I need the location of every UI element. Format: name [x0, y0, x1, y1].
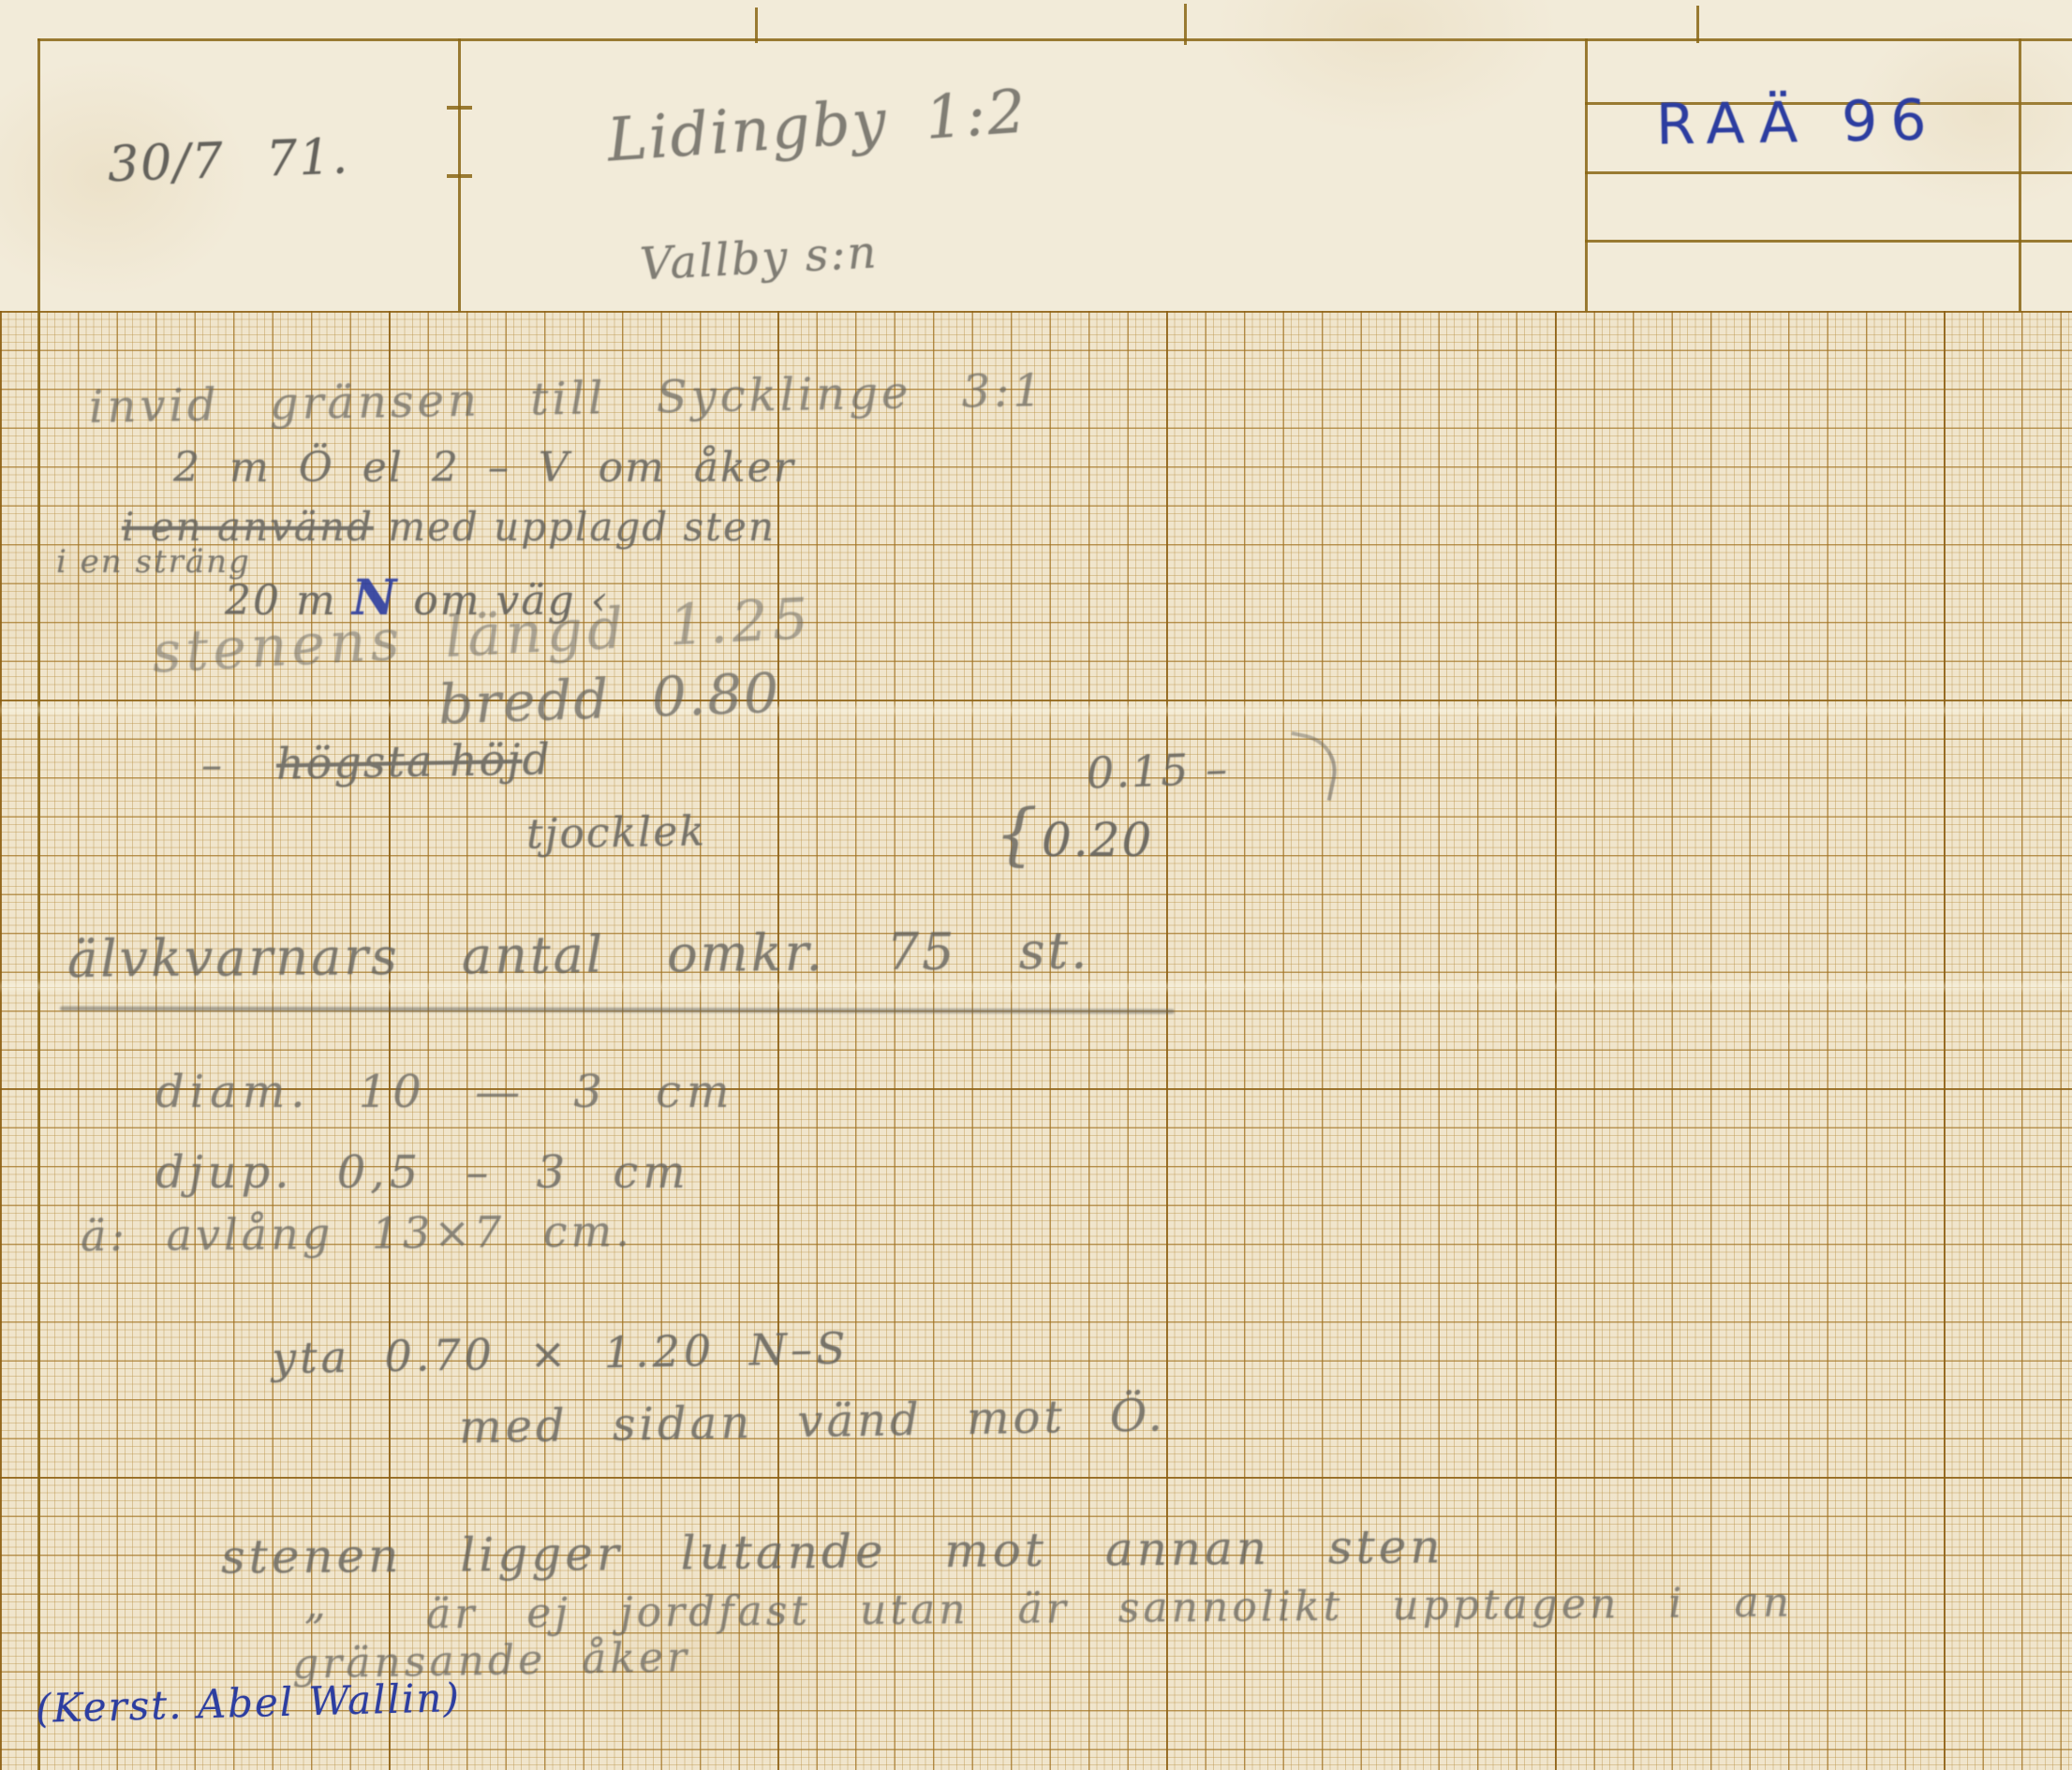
note-surface: yta 0.70 × 1.20 N–S — [272, 1323, 850, 1384]
note-position: 2 m Ö el 2 – V om åker — [173, 444, 795, 492]
date-note: 30/7 71. — [107, 129, 350, 194]
note-thickness-label: tjocklek — [526, 807, 707, 858]
note-depth: djup. 0,5 – 3 cm — [155, 1146, 690, 1199]
thickness-value: 0.20 — [1042, 813, 1153, 867]
label-box-row-line — [1585, 240, 2072, 243]
piled-stone-text: med upplagd sten — [374, 504, 776, 550]
note-cupmark-count: älvkvarnars antal omkr. 75 st. — [67, 921, 1090, 989]
parish-name: Vallby s:n — [639, 226, 880, 290]
height-value: 0.15 – — [1086, 743, 1230, 798]
site-title: Lidingby 1:2 — [605, 77, 1029, 175]
label-box-right-border — [2019, 38, 2021, 312]
label-box-left-border — [1585, 38, 1588, 312]
note-stone-position1: stenen ligger lutande mot annan sten — [221, 1519, 1444, 1584]
thickness-brace: { — [995, 794, 1040, 873]
divider-tick — [447, 106, 472, 110]
paper-crease — [0, 707, 2072, 714]
raa-number: RAÄ 96 — [1655, 87, 1940, 157]
height-dash: – — [201, 742, 224, 789]
height-label-rest: d — [522, 733, 552, 785]
note-oblong: ä: avlång 13×7 cm. — [81, 1205, 633, 1261]
note-height-label: högsta höjd — [276, 733, 553, 789]
scanned-field-note-page: 30/7 71. Lidingby 1:2 Vallby s:n RAÄ 96 … — [0, 0, 2072, 1770]
note-in-a-row: i en sträng — [56, 543, 251, 581]
form-left-border — [37, 38, 40, 1770]
form-top-rule — [37, 38, 2072, 41]
label-box-row-line — [1585, 171, 2072, 174]
top-tick-mark — [1184, 4, 1187, 45]
note-stone-width: bredd 0.80 — [437, 661, 781, 737]
top-tick-mark — [1696, 6, 1699, 43]
divider-tick — [447, 174, 472, 178]
ditto-mark: „ — [304, 1581, 328, 1629]
note-diameter: diam. 10 — 3 cm — [155, 1066, 735, 1118]
height-struck-words: högsta höj — [276, 734, 523, 789]
top-tick-mark — [755, 7, 758, 43]
